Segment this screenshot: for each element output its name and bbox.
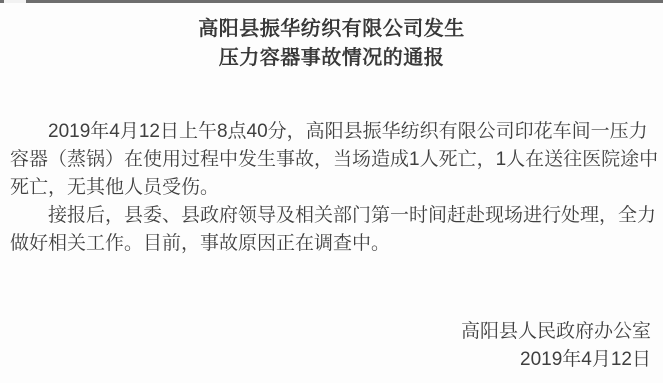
signature: 高阳县人民政府办公室 2019年4月12日	[461, 318, 651, 374]
notice-document: 高阳县振华纺织有限公司发生 压力容器事故情况的通报 2019年4月12日上午8点…	[0, 0, 663, 383]
notice-title-line-1: 高阳县振华纺织有限公司发生	[0, 15, 663, 44]
signature-date: 2019年4月12日	[461, 346, 651, 374]
body-paragraph-2: 接报后，县委、县政府领导及相关部门第一时间赶赴现场进行处理，全力 做好相关工作。…	[10, 202, 653, 258]
notice-body: 2019年4月12日上午8点40分，高阳县振华纺织有限公司印花车间一压力 容器（…	[10, 118, 653, 258]
notice-title: 高阳县振华纺织有限公司发生 压力容器事故情况的通报	[0, 15, 663, 73]
notice-title-line-2: 压力容器事故情况的通报	[0, 44, 663, 73]
signature-issuer: 高阳县人民政府办公室	[461, 318, 651, 346]
top-border-bar	[0, 0, 663, 3]
body-line: 2019年4月12日上午8点40分，高阳县振华纺织有限公司印花车间一压力	[10, 118, 653, 146]
body-line: 容器（蒸锅）在使用过程中发生事故，当场造成1人死亡，1人在送往医院途中	[10, 146, 653, 174]
top-border-notch	[4, 0, 26, 3]
body-line: 死亡，无其他人员受伤。	[10, 174, 653, 202]
body-paragraph-1: 2019年4月12日上午8点40分，高阳县振华纺织有限公司印花车间一压力 容器（…	[10, 118, 653, 202]
body-line: 接报后，县委、县政府领导及相关部门第一时间赶赴现场进行处理，全力	[10, 202, 653, 230]
body-line: 做好相关工作。目前，事故原因正在调查中。	[10, 230, 653, 258]
